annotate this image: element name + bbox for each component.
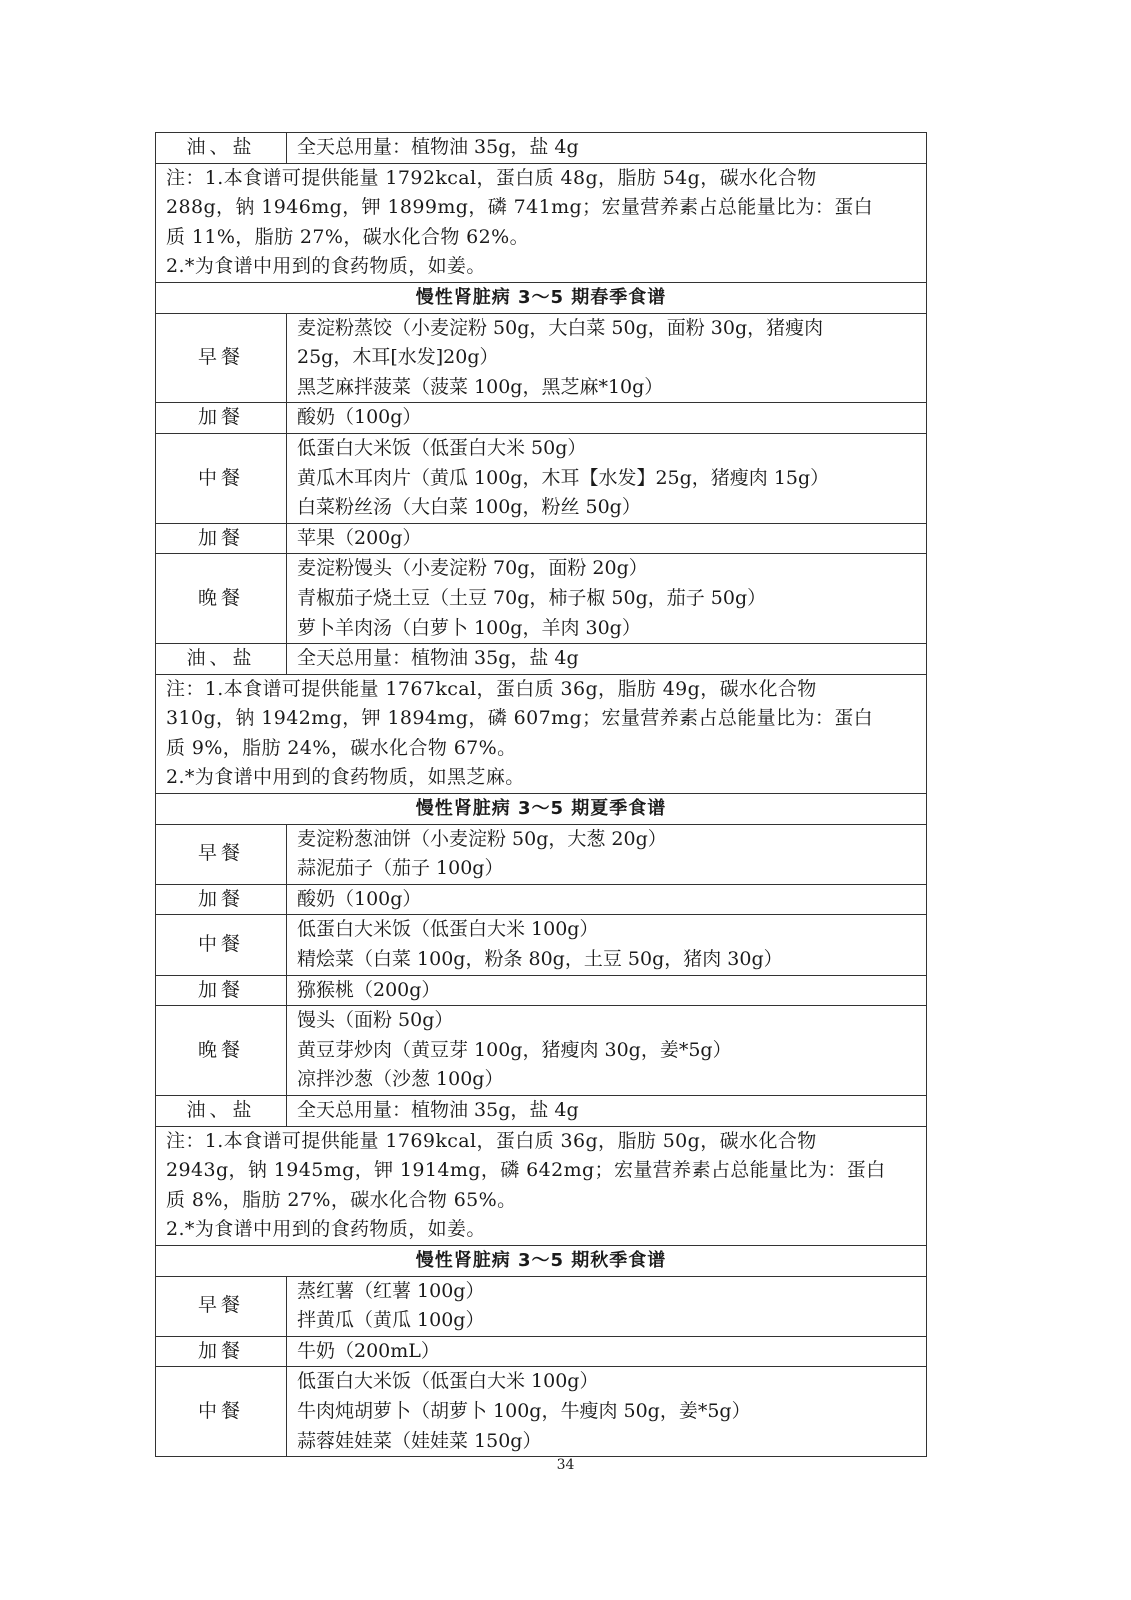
meal-dishes: 麦淀粉馒头（小麦淀粉 70g，面粉 20g） 青椒茄子烧土豆（土豆 70g，柿子… bbox=[287, 554, 927, 644]
meal-label: 加餐 bbox=[156, 1336, 287, 1367]
meal-label: 中餐 bbox=[156, 433, 287, 523]
section-title-summer: 慢性肾脏病 3～5 期夏季食谱 bbox=[156, 794, 927, 825]
section-title-autumn: 慢性肾脏病 3～5 期秋季食谱 bbox=[156, 1245, 927, 1276]
meal-dishes: 牛奶（200mL） bbox=[287, 1336, 927, 1367]
meal-row: 加餐 酸奶（100g） bbox=[156, 403, 927, 434]
meal-dishes: 低蛋白大米饭（低蛋白大米 100g） 精烩菜（白菜 100g，粉条 80g，土豆… bbox=[287, 915, 927, 975]
meal-dishes: 馒头（面粉 50g） 黄豆芽炒肉（黄豆芽 100g，猪瘦肉 30g，姜*5g） … bbox=[287, 1006, 927, 1096]
nutrition-note: 注：1.本食谱可提供能量 1792kcal，蛋白质 48g，脂肪 54g，碳水化… bbox=[156, 163, 927, 282]
meal-dishes: 蒸红薯（红薯 100g） 拌黄瓜（黄瓜 100g） bbox=[287, 1276, 927, 1336]
nutrition-note: 注：1.本食谱可提供能量 1767kcal，蛋白质 36g，脂肪 49g，碳水化… bbox=[156, 674, 927, 793]
meal-label: 早餐 bbox=[156, 1276, 287, 1336]
meal-label: 晚餐 bbox=[156, 554, 287, 644]
oil-salt-value: 全天总用量：植物油 35g，盐 4g bbox=[287, 1096, 927, 1127]
meal-label: 油、盐 bbox=[156, 644, 287, 675]
meal-dishes: 苹果（200g） bbox=[287, 523, 927, 554]
meal-label: 早餐 bbox=[156, 313, 287, 403]
meal-label: 中餐 bbox=[156, 915, 287, 975]
oil-salt-row: 油、盐 全天总用量：植物油 35g，盐 4g bbox=[156, 1096, 927, 1127]
note-row: 注：1.本食谱可提供能量 1767kcal，蛋白质 36g，脂肪 49g，碳水化… bbox=[156, 674, 927, 793]
oil-salt-value: 全天总用量：植物油 35g，盐 4g bbox=[287, 644, 927, 675]
meal-label: 油、盐 bbox=[156, 1096, 287, 1127]
meal-label: 加餐 bbox=[156, 403, 287, 434]
oil-salt-value: 全天总用量：植物油 35g，盐 4g bbox=[287, 133, 927, 164]
meal-row: 早餐 蒸红薯（红薯 100g） 拌黄瓜（黄瓜 100g） bbox=[156, 1276, 927, 1336]
meal-row: 早餐 麦淀粉蒸饺（小麦淀粉 50g，大白菜 50g，面粉 30g，猪瘦肉 25g… bbox=[156, 313, 927, 403]
note-row: 注：1.本食谱可提供能量 1792kcal，蛋白质 48g，脂肪 54g，碳水化… bbox=[156, 163, 927, 282]
meal-dishes: 低蛋白大米饭（低蛋白大米 50g） 黄瓜木耳肉片（黄瓜 100g，木耳【水发】2… bbox=[287, 433, 927, 523]
meal-dishes: 酸奶（100g） bbox=[287, 884, 927, 915]
meal-row: 加餐 猕猴桃（200g） bbox=[156, 975, 927, 1006]
oil-salt-row: 油、盐 全天总用量：植物油 35g，盐 4g bbox=[156, 133, 927, 164]
section-title-row: 慢性肾脏病 3～5 期春季食谱 bbox=[156, 282, 927, 313]
meal-dishes: 低蛋白大米饭（低蛋白大米 100g） 牛肉炖胡萝卜（胡萝卜 100g，牛瘦肉 5… bbox=[287, 1367, 927, 1457]
meal-label: 晚餐 bbox=[156, 1006, 287, 1096]
meal-label: 加餐 bbox=[156, 884, 287, 915]
meal-row: 晚餐 麦淀粉馒头（小麦淀粉 70g，面粉 20g） 青椒茄子烧土豆（土豆 70g… bbox=[156, 554, 927, 644]
recipe-table: 油、盐 全天总用量：植物油 35g，盐 4g 注：1.本食谱可提供能量 1792… bbox=[155, 132, 927, 1457]
meal-row: 加餐 酸奶（100g） bbox=[156, 884, 927, 915]
meal-label: 早餐 bbox=[156, 824, 287, 884]
meal-label: 油、盐 bbox=[156, 133, 287, 164]
oil-salt-row: 油、盐 全天总用量：植物油 35g，盐 4g bbox=[156, 644, 927, 675]
meal-row: 加餐 苹果（200g） bbox=[156, 523, 927, 554]
meal-row: 早餐 麦淀粉葱油饼（小麦淀粉 50g，大葱 20g） 蒜泥茄子（茄子 100g） bbox=[156, 824, 927, 884]
meal-dishes: 猕猴桃（200g） bbox=[287, 975, 927, 1006]
meal-row: 中餐 低蛋白大米饭（低蛋白大米 50g） 黄瓜木耳肉片（黄瓜 100g，木耳【水… bbox=[156, 433, 927, 523]
meal-label: 加餐 bbox=[156, 523, 287, 554]
meal-row: 中餐 低蛋白大米饭（低蛋白大米 100g） 牛肉炖胡萝卜（胡萝卜 100g，牛瘦… bbox=[156, 1367, 927, 1457]
section-title-row: 慢性肾脏病 3～5 期夏季食谱 bbox=[156, 794, 927, 825]
note-row: 注：1.本食谱可提供能量 1769kcal，蛋白质 36g，脂肪 50g，碳水化… bbox=[156, 1126, 927, 1245]
meal-row: 中餐 低蛋白大米饭（低蛋白大米 100g） 精烩菜（白菜 100g，粉条 80g… bbox=[156, 915, 927, 975]
meal-row: 晚餐 馒头（面粉 50g） 黄豆芽炒肉（黄豆芽 100g，猪瘦肉 30g，姜*5… bbox=[156, 1006, 927, 1096]
meal-label: 中餐 bbox=[156, 1367, 287, 1457]
meal-dishes: 麦淀粉蒸饺（小麦淀粉 50g，大白菜 50g，面粉 30g，猪瘦肉 25g，木耳… bbox=[287, 313, 927, 403]
meal-row: 加餐 牛奶（200mL） bbox=[156, 1336, 927, 1367]
document-page: 油、盐 全天总用量：植物油 35g，盐 4g 注：1.本食谱可提供能量 1792… bbox=[0, 0, 1131, 1600]
meal-dishes: 酸奶（100g） bbox=[287, 403, 927, 434]
section-title-row: 慢性肾脏病 3～5 期秋季食谱 bbox=[156, 1245, 927, 1276]
page-number: 34 bbox=[0, 1457, 1131, 1473]
meal-dishes: 麦淀粉葱油饼（小麦淀粉 50g，大葱 20g） 蒜泥茄子（茄子 100g） bbox=[287, 824, 927, 884]
section-title-spring: 慢性肾脏病 3～5 期春季食谱 bbox=[156, 282, 927, 313]
meal-label: 加餐 bbox=[156, 975, 287, 1006]
nutrition-note: 注：1.本食谱可提供能量 1769kcal，蛋白质 36g，脂肪 50g，碳水化… bbox=[156, 1126, 927, 1245]
